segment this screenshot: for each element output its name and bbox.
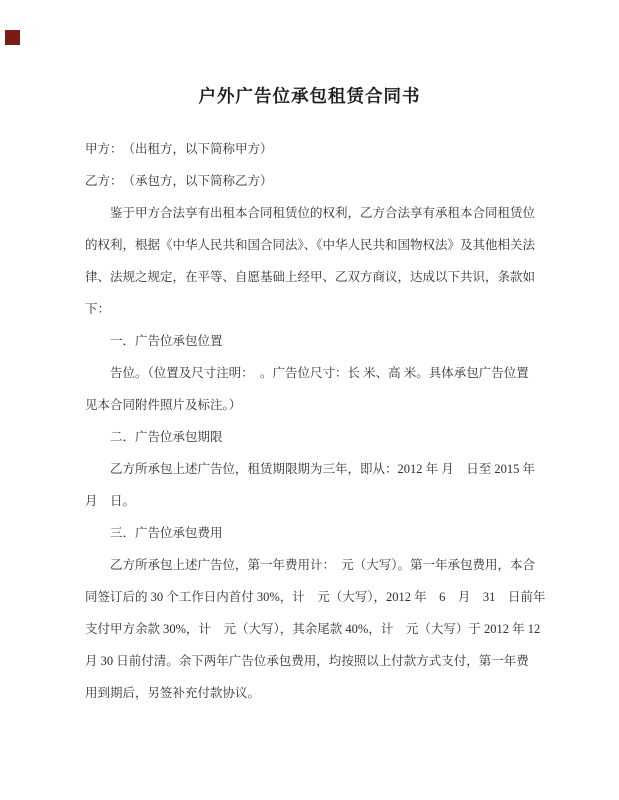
paragraph-section-1: 告位。（位置及尺寸注明： 。广告位尺寸：长 米、高 米。具体承包广告位置 见本合… xyxy=(85,357,557,421)
paragraph-party-b: 乙方： （承包方，以下简称乙方） xyxy=(85,165,557,197)
paragraph-preamble: 鉴于甲方合法享有出租本合同租赁位的权利，乙方合法享有承租本合同租赁位 的权利，根… xyxy=(85,197,557,325)
paragraph-section-2: 乙方所承包上述广告位，租赁期限期为三年，即从：2012 年 月 日至 2015 … xyxy=(85,453,557,517)
document-title: 户外广告位承包租赁合同书 xyxy=(0,83,619,108)
document-body: 甲方： （出租方，以下简称甲方） 乙方： （承包方，以下简称乙方） 鉴于甲方合法… xyxy=(85,133,557,709)
red-corner-marker xyxy=(5,30,20,45)
heading-section-3: 三．广告位承包费用 xyxy=(85,517,557,549)
paragraph-section-3: 乙方所承包上述广告位，第一年费用计： 元（大写）。第一年承包费用，本合 同签订后… xyxy=(85,549,557,709)
document-page: 户外广告位承包租赁合同书 甲方： （出租方，以下简称甲方） 乙方： （承包方，以… xyxy=(0,0,619,800)
heading-section-1: 一．广告位承包位置 xyxy=(85,325,557,357)
paragraph-party-a: 甲方： （出租方，以下简称甲方） xyxy=(85,133,557,165)
heading-section-2: 二．广告位承包期限 xyxy=(85,421,557,453)
